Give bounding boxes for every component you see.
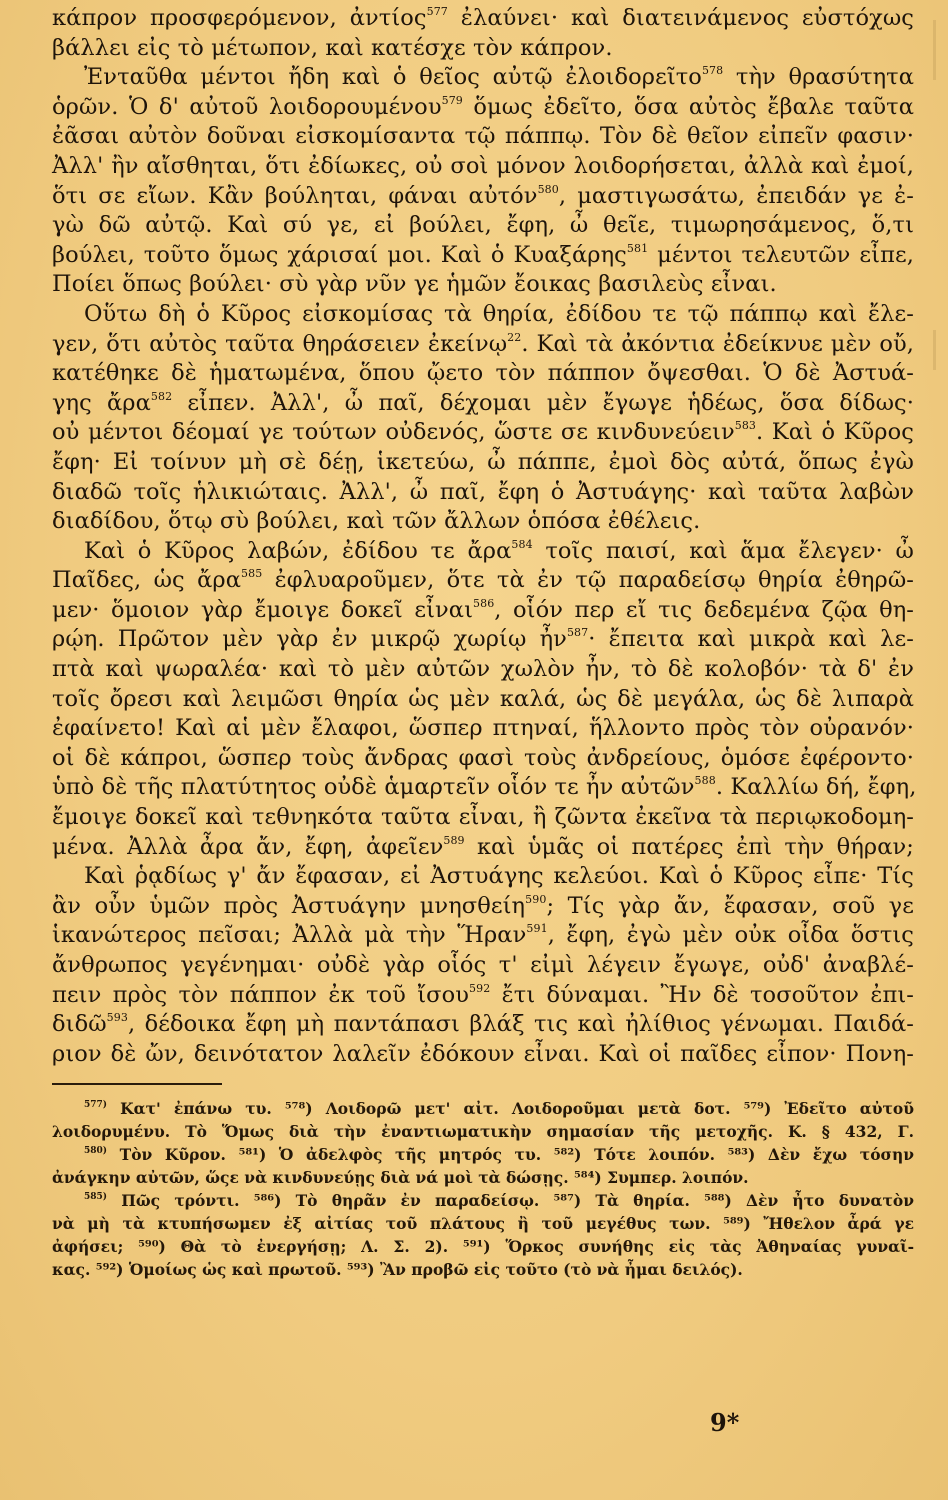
main-line-text: ριον δὲ ὤν, δεινότατον λαλεῖν ἐδόκουν εἶ…	[52, 1041, 914, 1067]
main-line: βάλλει εἰς τὸ μέτωπον, καὶ κατέσχε τὸν κ…	[52, 34, 914, 64]
main-line: γεν, ὅτι αὐτὸς ταῦτα θηράσειεν ἐκείνῳ22.…	[52, 330, 914, 360]
main-text: κάπρον προσφερόμενον, ἀντίος577 ἐλαύνει·…	[52, 4, 914, 1069]
main-line-tail: τὴν θρασύτητα	[723, 64, 914, 90]
footnote-line-tail: Πῶς τρόντι. ⁵⁸⁶) Τὸ θηρᾶν ἐν παραδείσῳ. …	[107, 1191, 914, 1210]
main-line-text: Καὶ ὁ Κῦρος λαβών, ἐδίδου τε ἄρα	[84, 538, 511, 564]
main-line: ἐᾶσαι αὐτὸν δοῦναι εἰσκομίσαντα τῷ πάππῳ…	[52, 122, 914, 152]
main-line-tail: εἶπεν. Ἀλλ', ὦ παῖ, δέχομαι μὲν ἔγωγε ἡδ…	[172, 390, 914, 416]
signature-mark: 9*	[710, 1408, 739, 1437]
main-line-tail: ἐφλυαροῦμεν, ὅτε τὰ ἐν τῷ παραδείσῳ θηρί…	[262, 567, 914, 593]
main-line: οἱ δὲ κάπροι, ὥσπερ τοὺς ἄνδρας φασὶ τοὺ…	[52, 744, 914, 774]
main-line: Καὶ ῥᾳδίως γ' ἄν ἔφασαν, εἰ Ἀστυάγης κελ…	[52, 862, 914, 892]
main-line: πτὰ καὶ ψωραλέα· καὶ τὸ μὲν αὐτῶν χωλὸν …	[52, 655, 914, 685]
main-line-tail: , οἷόν περ εἴ τις δεδεμένα ζῷα θη-	[494, 597, 914, 623]
footnote-reference: 583	[735, 419, 756, 432]
footnote-reference: 581	[627, 242, 648, 255]
main-line-tail: καὶ ὑμᾶς οἱ πατέρες ἐπὶ τὴν θήραν;	[465, 834, 914, 860]
main-line-text: οὐ μέντοι δέομαί γε τούτων οὐδενός, ὥστε…	[52, 419, 735, 445]
footnote-reference: 592	[469, 982, 490, 995]
main-line-text: ὅτι σε εἴων. Κἂν βούληται, φάναι αὐτόν	[52, 183, 538, 209]
main-line-tail: . Καλλίω δή, ἔφη,	[716, 774, 917, 800]
footnote-reference: 580)	[84, 1146, 107, 1156]
footnote-reference: 577	[427, 5, 448, 18]
footnote-reference: 589	[443, 834, 464, 847]
main-line-text: ὑπὸ δὲ τῆς πλατύτητος οὐδὲ ἁμαρτεῖν οἷόν…	[52, 774, 695, 800]
main-line-text: διδῶ	[52, 1011, 107, 1037]
main-line: ἄνθρωπος γεγένημαι· οὐδὲ γὰρ οἷός τ' εἰμ…	[52, 951, 914, 981]
main-line-text: ἐᾶσαι αὐτὸν δοῦναι εἰσκομίσαντα τῷ πάππῳ…	[52, 123, 914, 149]
main-line: γὼ δῶ αὐτῷ. Καὶ σύ γε, εἰ βούλει, ἔφη, ὦ…	[52, 211, 914, 241]
footnote-reference: 585	[241, 567, 262, 580]
main-line: Ἀλλ' ἢν αἴσθηται, ὅτι ἐδίωκες, οὐ σοὶ μό…	[52, 152, 914, 182]
main-line-text: οἱ δὲ κάπροι, ὥσπερ τοὺς ἄνδρας φασὶ τοὺ…	[52, 745, 914, 771]
main-line-text: πειν πρὸς τὸν πάππον ἐκ τοῦ ἴσου	[52, 982, 469, 1008]
main-line: βούλει, τοῦτο ὅμως χάρισαί μοι. Καὶ ὁ Κυ…	[52, 241, 914, 271]
footnote-reference: 584	[511, 538, 532, 551]
main-line-tail: , δέδοικα ἔφη μὴ παντάπασι βλάξ τις καὶ …	[128, 1011, 914, 1037]
main-line-tail: τοῖς παισί, καὶ ἅμα ἔλεγεν· ὦ	[533, 538, 914, 564]
main-line-text: ὁρῶν. Ὁ δ' αὐτοῦ λοιδορουμένου	[52, 94, 442, 120]
footnote-line-tail: Κατ' ἐπάνω τυ. ⁵⁷⁸) Λοιδορῶ μετ' αἰτ. Λο…	[107, 1099, 914, 1118]
main-line: ὅτι σε εἴων. Κἂν βούληται, φάναι αὐτόν58…	[52, 182, 914, 212]
main-line-tail: . Καὶ ὁ Κῦρος	[756, 419, 914, 445]
main-line: ἔφη· Εἰ τοίνυν μὴ σὲ δέῃ, ἱκετεύω, ὦ πάπ…	[52, 448, 914, 478]
main-line-text: τοῖς ὄρεσι καὶ λειμῶσι θηρία ὡς μὲν καλά…	[52, 686, 914, 712]
footnote-reference: 582	[151, 390, 172, 403]
main-line: ἂν οὖν ὑμῶν πρὸς Ἀστυάγην μνησθείη590; Τ…	[52, 892, 914, 922]
main-line-tail: ἐλαύνει· καὶ διατεινάμενος εὐστόχως	[448, 5, 914, 31]
main-line: πειν πρὸς τὸν πάππον ἐκ τοῦ ἴσου592 ἔτι …	[52, 981, 914, 1011]
footnote-line-tail: Τὸν Κῦρον. ⁵⁸¹) Ὁ ἀδελφὸς τῆς μητρός τυ.…	[107, 1145, 914, 1164]
main-line: μεν· ὅμοιον γὰρ ἔμοιγε δοκεῖ εἶναι586, ο…	[52, 596, 914, 626]
main-line-text: διαδίδου, ὅτῳ σὺ βούλει, καὶ τῶν ἄλλων ὁ…	[52, 508, 700, 534]
main-line: γης ἄρα582 εἶπεν. Ἀλλ', ὦ παῖ, δέχομαι μ…	[52, 389, 914, 419]
main-line-text: ρῴη. Πρῶτον μὲν γὰρ ἐν μικρῷ χωρίῳ ἦν	[52, 626, 567, 652]
footnotes: 577) Κατ' ἐπάνω τυ. ⁵⁷⁸) Λοιδορῶ μετ' αἰ…	[52, 1097, 914, 1281]
main-line-text: μεν· ὅμοιον γὰρ ἔμοιγε δοκεῖ εἶναι	[52, 597, 473, 623]
main-line-tail: · ἔπειτα καὶ μικρὰ καὶ λε-	[588, 626, 914, 652]
footnote-line: ἀνάγκην αὐτῶν, ὥςε νὰ κινδυνεύῃς διὰ νά …	[52, 1166, 914, 1189]
main-line-text: ἄνθρωπος γεγένημαι· οὐδὲ γὰρ οἷός τ' εἰμ…	[52, 952, 914, 978]
main-line-text: ἱκανώτερος πεῖσαι; Ἀλλὰ μὰ τὴν Ἥραν	[52, 922, 526, 948]
footnote-reference: 587	[567, 626, 588, 639]
main-line-text: γης ἄρα	[52, 390, 151, 416]
main-line-text: Καὶ ῥᾳδίως γ' ἄν ἔφασαν, εἰ Ἀστυάγης κελ…	[84, 863, 914, 889]
main-line: Ποίει ὅπως βούλει· σὺ γὰρ νῦν γε ἡμῶν ἔο…	[52, 270, 914, 300]
footnote-line: 577) Κατ' ἐπάνω τυ. ⁵⁷⁸) Λοιδορῶ μετ' αἰ…	[52, 1097, 914, 1120]
footnote-divider	[52, 1083, 222, 1085]
main-line-text: γὼ δῶ αὐτῷ. Καὶ σύ γε, εἰ βούλει, ἔφη, ὦ…	[52, 212, 914, 238]
footnote-reference: 593	[107, 1011, 128, 1024]
footnote-reference: 22	[507, 331, 521, 344]
footnote-reference: 590	[525, 893, 546, 906]
main-line: Οὕτω δὴ ὁ Κῦρος εἰσκομίσας τὰ θηρία, ἐδί…	[52, 300, 914, 330]
main-line-text: ἐφαίνετο! Καὶ αἱ μὲν ἔλαφοι, ὥσπερ πτηνα…	[52, 715, 914, 741]
footnote-line-text: νὰ μὴ τὰ κτυπήσωμεν ἐξ αἰτίας τοῦ πλάτου…	[52, 1214, 914, 1233]
main-line-text: πτὰ καὶ ψωραλέα· καὶ τὸ μὲν αὐτῶν χωλὸν …	[52, 656, 914, 682]
footnote-reference: 588	[695, 774, 716, 787]
main-line-tail: , ἔφη, ἐγὼ μὲν οὐκ οἶδα ὅστις	[548, 922, 914, 948]
main-line-text: ἔφη· Εἰ τοίνυν μὴ σὲ δέῃ, ἱκετεύω, ὦ πάπ…	[52, 449, 914, 475]
main-line-tail: μέντοι τελευτῶν εἶπε,	[648, 242, 914, 268]
main-line: ριον δὲ ὤν, δεινότατον λαλεῖν ἐδόκουν εἶ…	[52, 1040, 914, 1070]
main-line: διαδῶ τοῖς ἡλικιώταις. Ἀλλ', ὦ παῖ, ἔφη …	[52, 478, 914, 508]
footnote-line-text: λοιδορυμένυ. Τὸ Ὅμως διὰ τὴν ἐναντιωματι…	[52, 1122, 914, 1141]
main-line: ὑπὸ δὲ τῆς πλατύτητος οὐδὲ ἁμαρτεῖν οἷόν…	[52, 773, 914, 803]
main-line-tail: ; Τίς γὰρ ἄν, ἔφασαν, σοῦ γε	[546, 893, 914, 919]
main-line-text: ἂν οὖν ὑμῶν πρὸς Ἀστυάγην μνησθείη	[52, 893, 525, 919]
main-line: ἱκανώτερος πεῖσαι; Ἀλλὰ μὰ τὴν Ἥραν591, …	[52, 921, 914, 951]
main-line-text: μένα. Ἀλλὰ ἆρα ἄν, ἔφη, ἀφεῖεν	[52, 834, 443, 860]
main-line: Παῖδες, ὡς ἄρα585 ἐφλυαροῦμεν, ὅτε τὰ ἐν…	[52, 566, 914, 596]
main-line: οὐ μέντοι δέομαί γε τούτων οὐδενός, ὥστε…	[52, 418, 914, 448]
main-line-text: βάλλει εἰς τὸ μέτωπον, καὶ κατέσχε τὸν κ…	[52, 35, 613, 61]
main-line: ἔμοιγε δοκεῖ καὶ τεθνηκότα ταῦτα εἶναι, …	[52, 803, 914, 833]
footnote-reference: 580	[538, 183, 559, 196]
book-page: κάπρον προσφερόμενον, ἀντίος577 ἐλαύνει·…	[52, 4, 914, 1281]
main-line: κατέθηκε δὲ ἡματωμένα, ὅπου ᾤετο τὸν πάπ…	[52, 359, 914, 389]
footnote-line: κας. ⁵⁹²) Ὁμοίως ὡς καὶ πρωτοῦ. ⁵⁹³) Ἂν …	[52, 1258, 914, 1281]
main-line-text: Οὕτω δὴ ὁ Κῦρος εἰσκομίσας τὰ θηρία, ἐδί…	[84, 301, 914, 327]
footnote-reference: 586	[473, 597, 494, 610]
main-line: κάπρον προσφερόμενον, ἀντίος577 ἐλαύνει·…	[52, 4, 914, 34]
page-edge-mark	[933, 20, 936, 80]
footnote-line: ἀφήσει; ⁵⁹⁰) Θὰ τὸ ἐνεργήσῃ; Λ. Σ. 2). ⁵…	[52, 1235, 914, 1258]
footnote-reference: 579	[442, 94, 463, 107]
main-line-text: διαδῶ τοῖς ἡλικιώταις. Ἀλλ', ὦ παῖ, ἔφη …	[52, 479, 914, 505]
main-line-text: κατέθηκε δὲ ἡματωμένα, ὅπου ᾤετο τὸν πάπ…	[52, 360, 914, 386]
footnote-line: 580) Τὸν Κῦρον. ⁵⁸¹) Ὁ ἀδελφὸς τῆς μητρό…	[52, 1143, 914, 1166]
footnote-reference: 578	[702, 64, 723, 77]
footnote-reference: 585)	[84, 1192, 107, 1202]
main-line-text: κάπρον προσφερόμενον, ἀντίος	[52, 5, 427, 31]
main-line: διδῶ593, δέδοικα ἔφη μὴ παντάπασι βλάξ τ…	[52, 1010, 914, 1040]
main-line: Ἐνταῦθα μέντοι ἤδη καὶ ὁ θεῖος αὐτῷ ἐλοι…	[52, 63, 914, 93]
main-line-text: γεν, ὅτι αὐτὸς ταῦτα θηράσειεν ἐκείνῳ	[52, 331, 507, 357]
main-line-text: Παῖδες, ὡς ἄρα	[52, 567, 241, 593]
main-line-tail: . Καὶ τὰ ἀκόντια ἐδείκνυε μὲν οὔ,	[521, 331, 914, 357]
main-line-text: ἔμοιγε δοκεῖ καὶ τεθνηκότα ταῦτα εἶναι, …	[52, 804, 914, 830]
main-line-text: Ἀλλ' ἢν αἴσθηται, ὅτι ἐδίωκες, οὐ σοὶ μό…	[52, 153, 914, 179]
main-line: ὁρῶν. Ὁ δ' αὐτοῦ λοιδορουμένου579 ὅμως ἐ…	[52, 93, 914, 123]
main-line: ρῴη. Πρῶτον μὲν γὰρ ἐν μικρῷ χωρίῳ ἦν587…	[52, 625, 914, 655]
footnote-line-text: κας. ⁵⁹²) Ὁμοίως ὡς καὶ πρωτοῦ. ⁵⁹³) Ἂν …	[52, 1260, 743, 1279]
main-line-text: Ἐνταῦθα μέντοι ἤδη καὶ ὁ θεῖος αὐτῷ ἐλοι…	[84, 64, 702, 90]
main-line-tail: , μαστιγωσάτω, ἐπειδάν γε ἐ-	[559, 183, 914, 209]
main-line: ἐφαίνετο! Καὶ αἱ μὲν ἔλαφοι, ὥσπερ πτηνα…	[52, 714, 914, 744]
main-line-tail: ἔτι δύναμαι. Ἢν δὲ τοσοῦτον ἐπι-	[490, 982, 914, 1008]
main-line: μένα. Ἀλλὰ ἆρα ἄν, ἔφη, ἀφεῖεν589 καὶ ὑμ…	[52, 833, 914, 863]
main-line: διαδίδου, ὅτῳ σὺ βούλει, καὶ τῶν ἄλλων ὁ…	[52, 507, 914, 537]
main-line: τοῖς ὄρεσι καὶ λειμῶσι θηρία ὡς μὲν καλά…	[52, 685, 914, 715]
footnote-line-text: ἀνάγκην αὐτῶν, ὥςε νὰ κινδυνεύῃς διὰ νά …	[52, 1168, 749, 1187]
main-line-tail: ὅμως ἐδεῖτο, ὅσα αὐτὸς ἔβαλε ταῦτα	[463, 94, 914, 120]
main-line: Καὶ ὁ Κῦρος λαβών, ἐδίδου τε ἄρα584 τοῖς…	[52, 537, 914, 567]
page-edge-mark	[933, 330, 936, 370]
footnote-line: 585) Πῶς τρόντι. ⁵⁸⁶) Τὸ θηρᾶν ἐν παραδε…	[52, 1189, 914, 1212]
footnote-line-text: ἀφήσει; ⁵⁹⁰) Θὰ τὸ ἐνεργήσῃ; Λ. Σ. 2). ⁵…	[52, 1237, 914, 1256]
footnote-reference: 577)	[84, 1100, 107, 1110]
footnote-line: λοιδορυμένυ. Τὸ Ὅμως διὰ τὴν ἐναντιωματι…	[52, 1120, 914, 1143]
footnote-reference: 591	[526, 922, 547, 935]
main-line-text: βούλει, τοῦτο ὅμως χάρισαί μοι. Καὶ ὁ Κυ…	[52, 242, 627, 268]
main-line-text: Ποίει ὅπως βούλει· σὺ γὰρ νῦν γε ἡμῶν ἔο…	[52, 271, 777, 297]
footnote-line: νὰ μὴ τὰ κτυπήσωμεν ἐξ αἰτίας τοῦ πλάτου…	[52, 1212, 914, 1235]
